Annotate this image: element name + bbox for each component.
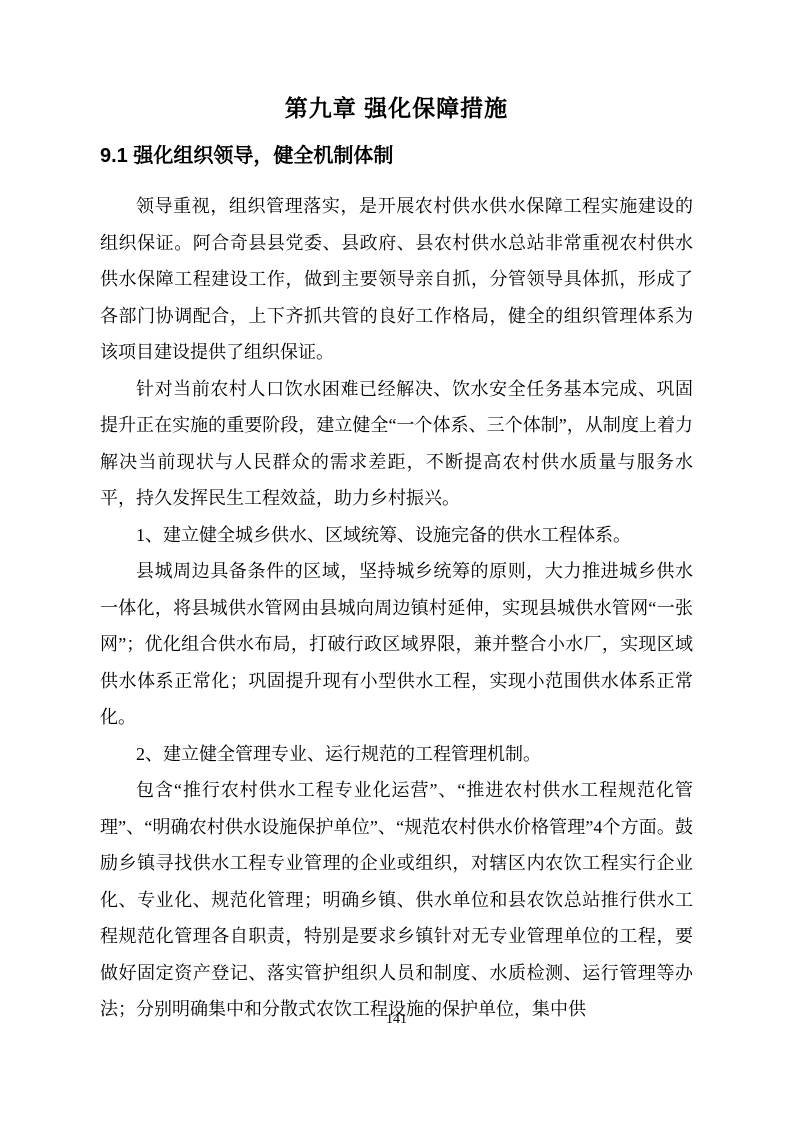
document-body: 领导重视，组织管理落实，是开展农村供水供水保障工程实施建设的组织保证。阿合奇县县… — [100, 188, 693, 1028]
paragraph-6: 包含“推行农村供水工程专业化运营”、“推进农村供水工程规范化管理”、“明确农村供… — [100, 772, 693, 1028]
paragraph-4: 县城周边具备条件的区域，坚持城乡统筹的原则，大力推进城乡供水一体化，将县城供水管… — [100, 553, 693, 736]
paragraph-2: 针对当前农村人口饮水困难已经解决、饮水安全任务基本完成、巩固提升正在实施的重要阶… — [100, 371, 693, 517]
document-page: 第九章 强化保障措施 9.1 强化组织领导，健全机制体制 领导重视，组织管理落实… — [0, 0, 793, 1122]
paragraph-3-list-item: 1、建立健全城乡供水、区域统筹、设施完备的供水工程体系。 — [100, 517, 693, 554]
paragraph-1: 领导重视，组织管理落实，是开展农村供水供水保障工程实施建设的组织保证。阿合奇县县… — [100, 188, 693, 371]
section-heading: 9.1 强化组织领导，健全机制体制 — [100, 140, 693, 172]
paragraph-5-list-item: 2、建立健全管理专业、运行规范的工程管理机制。 — [100, 736, 693, 773]
page-number: 141 — [0, 1012, 793, 1028]
chapter-title: 第九章 强化保障措施 — [100, 92, 693, 124]
